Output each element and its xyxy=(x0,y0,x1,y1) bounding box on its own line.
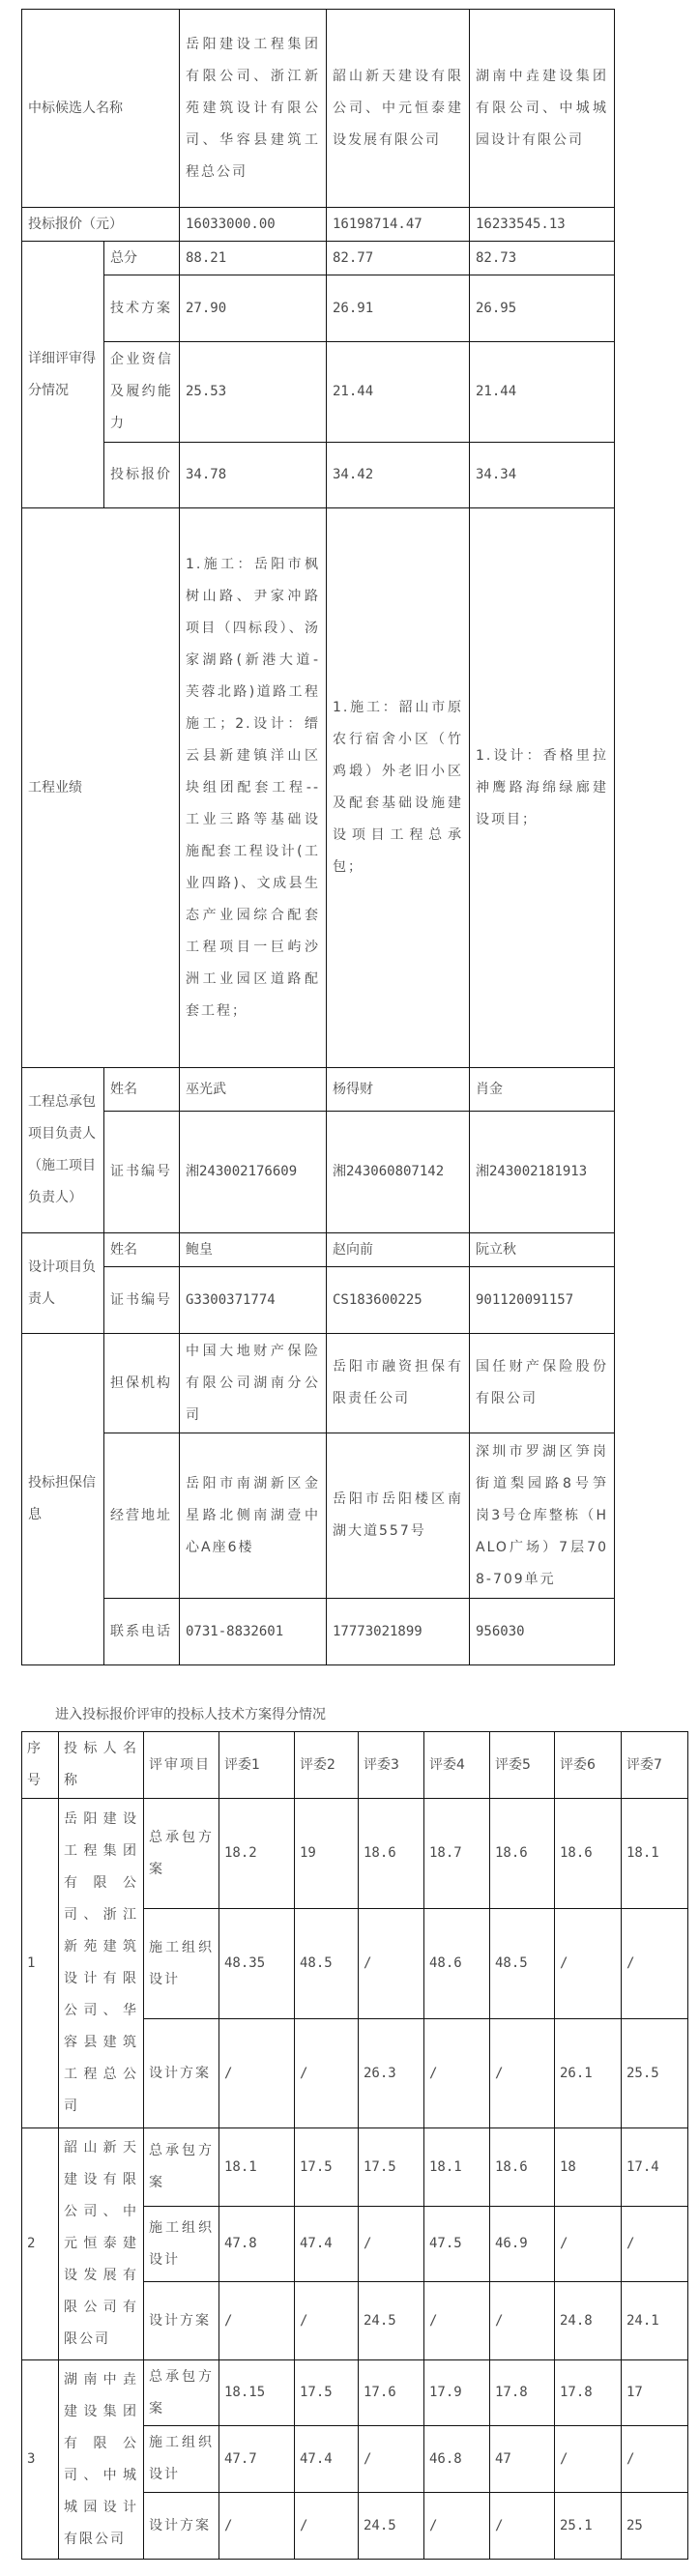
score: 25.5 xyxy=(622,2019,688,2128)
score: / xyxy=(359,2426,424,2493)
score: / xyxy=(555,2426,622,2493)
total-score: 88.21 xyxy=(180,242,327,275)
review-item: 总承包方案 xyxy=(144,2128,219,2207)
score: 47.4 xyxy=(295,2207,359,2282)
design-manager-cert: 901120091157 xyxy=(470,1267,615,1334)
bid-price: 16033000.00 xyxy=(180,208,327,242)
performance-row: 工程业绩 1.施工：岳阳市枫树山路、尹家冲路项目（四标段）、汤家湖路(新港大道-… xyxy=(22,508,615,1068)
seq: 2 xyxy=(22,2128,59,2360)
score: 17.6 xyxy=(359,2360,424,2426)
tech-plan-score: 27.90 xyxy=(180,275,327,342)
row-label: 投标报价（元） xyxy=(22,208,180,242)
score: 46.8 xyxy=(424,2426,490,2493)
epc-manager-cert: 湘243060807142 xyxy=(327,1112,470,1233)
score: 47.7 xyxy=(219,2426,295,2493)
epc-manager-cert: 湘243002176609 xyxy=(180,1112,327,1233)
guarantee-org: 中国大地财产保险有限公司湖南分公司 xyxy=(180,1334,327,1433)
score: / xyxy=(219,2493,295,2560)
sub-label: 企业资信及履约能力 xyxy=(104,342,180,443)
seq: 1 xyxy=(22,1799,59,2128)
score: 25 xyxy=(622,2493,688,2560)
sub-label: 姓名 xyxy=(104,1068,180,1112)
score: 18.1 xyxy=(424,2128,490,2207)
score: / xyxy=(490,2282,555,2360)
header-judge: 评委6 xyxy=(555,1732,622,1799)
header-judge: 评委3 xyxy=(359,1732,424,1799)
score: 24.1 xyxy=(622,2282,688,2360)
performance: 1.设计：香格里拉神鹰路海绵绿廊建设项目； xyxy=(470,508,615,1068)
bidder-name: 岳阳建设工程集团有限公司、浙江新苑建筑设计有限公司、华容县建筑工程总公司 xyxy=(59,1799,144,2128)
review-item: 总承包方案 xyxy=(144,1799,219,1909)
review-item: 总承包方案 xyxy=(144,2360,219,2426)
score: / xyxy=(359,1909,424,2019)
score: / xyxy=(219,2282,295,2360)
row-label: 工程业绩 xyxy=(22,508,180,1068)
design-manager-name: 鲍皇 xyxy=(180,1233,327,1267)
header-bidder: 投标人名称 xyxy=(59,1732,144,1799)
enterprise-credit-row: 企业资信及履约能力 25.53 21.44 21.44 xyxy=(22,342,615,443)
design-manager-name: 赵向前 xyxy=(327,1233,470,1267)
score: 47.8 xyxy=(219,2207,295,2282)
score: / xyxy=(490,2493,555,2560)
enterprise-credit-score: 21.44 xyxy=(470,342,615,443)
bidder-name: 韶山新天建设有限公司、中元恒泰建设发展有限公司有限公司 xyxy=(59,2128,144,2360)
sub-label: 经营地址 xyxy=(104,1433,180,1599)
score: 18.1 xyxy=(622,1799,688,1909)
score: / xyxy=(555,2207,622,2282)
score: 18.6 xyxy=(490,1799,555,1909)
bid-price: 16233545.13 xyxy=(470,208,615,242)
score: 18.7 xyxy=(424,1799,490,1909)
score: 18.6 xyxy=(359,1799,424,1909)
total-score-row: 详细评审得分情况 总分 88.21 82.77 82.73 xyxy=(22,242,615,275)
bid-price-row: 投标报价（元） 16033000.00 16198714.47 16233545… xyxy=(22,208,615,242)
design-manager-name: 阮立秋 xyxy=(470,1233,615,1267)
header-judge: 评委7 xyxy=(622,1732,688,1799)
score: / xyxy=(295,2282,359,2360)
guarantee-org: 国任财产保险股份有限公司 xyxy=(470,1334,615,1433)
table-row: 1 岳阳建设工程集团有限公司、浙江新苑建筑设计有限公司、华容县建筑工程总公司 总… xyxy=(22,1799,688,1909)
score: 47.5 xyxy=(424,2207,490,2282)
score: 19 xyxy=(295,1799,359,1909)
score: / xyxy=(424,2493,490,2560)
business-address: 岳阳市岳阳楼区南湖大道557号 xyxy=(327,1433,470,1599)
score: 18.6 xyxy=(490,2128,555,2207)
candidate-name: 岳阳建设工程集团有限公司、浙江新苑建筑设计有限公司、华容县建筑工程总公司 xyxy=(180,10,327,208)
bid-price-score-row: 投标报价 34.78 34.42 34.34 xyxy=(22,443,615,508)
score: 48.35 xyxy=(219,1909,295,2019)
header-row: 序号 投标人名称 评审项目 评委1 评委2 评委3 评委4 评委5 评委6 评委… xyxy=(22,1732,688,1799)
header-item: 评审项目 xyxy=(144,1732,219,1799)
score: / xyxy=(295,2493,359,2560)
bid-price-score: 34.34 xyxy=(470,443,615,508)
epc-manager-cert: 湘243002181913 xyxy=(470,1112,615,1233)
epc-manager-name: 杨得财 xyxy=(327,1068,470,1112)
business-address: 深圳市罗湖区笋岗街道梨园路8号笋岗3号仓库整栋（HALO广场）7层708-709… xyxy=(470,1433,615,1599)
sub-label: 联系电话 xyxy=(104,1599,180,1665)
score: 17 xyxy=(622,2360,688,2426)
score: 18 xyxy=(555,2128,622,2207)
score: / xyxy=(424,2019,490,2128)
candidate-name: 湖南中垚建设集团有限公司、中城城园设计有限公司 xyxy=(470,10,615,208)
phone: 956030 xyxy=(470,1599,615,1665)
score: / xyxy=(622,2207,688,2282)
performance: 1.施工：岳阳市枫树山路、尹家冲路项目（四标段）、汤家湖路(新港大道-芙蓉北路)… xyxy=(180,508,327,1068)
table-row: 3 湖南中垚建设集团有限公司、中城城园设计有限公司 总承包方案 18.15 17… xyxy=(22,2360,688,2426)
header-judge: 评委1 xyxy=(219,1732,295,1799)
design-manager-cert: G3300371774 xyxy=(180,1267,327,1334)
header-judge: 评委4 xyxy=(424,1732,490,1799)
performance: 1.施工：韶山市原农行宿舍小区（竹鸡塅）外老旧小区及配套基础设施建设项目工程总承… xyxy=(327,508,470,1068)
score: / xyxy=(424,2282,490,2360)
sub-label: 姓名 xyxy=(104,1233,180,1267)
epc-manager-name: 肖金 xyxy=(470,1068,615,1112)
score: 25.1 xyxy=(555,2493,622,2560)
row-label: 中标候选人名称 xyxy=(22,10,180,208)
bid-price-score: 34.42 xyxy=(327,443,470,508)
score: / xyxy=(490,2019,555,2128)
score: 48.5 xyxy=(295,1909,359,2019)
score: 47.4 xyxy=(295,2426,359,2493)
score: / xyxy=(622,2426,688,2493)
row-label: 详细评审得分情况 xyxy=(22,242,104,508)
design-manager-cert-row: 证书编号 G3300371774 CS183600225 90112009115… xyxy=(22,1267,615,1334)
review-item: 设计方案 xyxy=(144,2019,219,2128)
guarantee-org: 岳阳市融资担保有限责任公司 xyxy=(327,1334,470,1433)
total-score: 82.77 xyxy=(327,242,470,275)
score: / xyxy=(555,1909,622,2019)
row-label: 设计项目负责人 xyxy=(22,1233,104,1334)
sub-label: 投标报价 xyxy=(104,443,180,508)
score: 17.5 xyxy=(295,2360,359,2426)
guarantee-org-row: 投标担保信息 担保机构 中国大地财产保险有限公司湖南分公司 岳阳市融资担保有限责… xyxy=(22,1334,615,1433)
design-manager-name-row: 设计项目负责人 姓名 鲍皇 赵向前 阮立秋 xyxy=(22,1233,615,1267)
phone: 0731-8832601 xyxy=(180,1599,327,1665)
score: 48.6 xyxy=(424,1909,490,2019)
score: / xyxy=(359,2207,424,2282)
score: 26.3 xyxy=(359,2019,424,2128)
epc-manager-name-row: 工程总承包项目负责人（施工项目负责人） 姓名 巫光武 杨得财 肖金 xyxy=(22,1068,615,1112)
sub-label: 总分 xyxy=(104,242,180,275)
review-item: 施工组织设计 xyxy=(144,1909,219,2019)
score: / xyxy=(295,2019,359,2128)
score: / xyxy=(622,1909,688,2019)
score: 24.8 xyxy=(555,2282,622,2360)
score: 17.9 xyxy=(424,2360,490,2426)
score: 17.5 xyxy=(295,2128,359,2207)
review-item: 设计方案 xyxy=(144,2282,219,2360)
score: 48.5 xyxy=(490,1909,555,2019)
candidate-name: 韶山新天建设有限公司、中元恒泰建设发展有限公司 xyxy=(327,10,470,208)
tech-plan-row: 技术方案 27.90 26.91 26.95 xyxy=(22,275,615,342)
phone-row: 联系电话 0731-8832601 17773021899 956030 xyxy=(22,1599,615,1665)
sub-label: 担保机构 xyxy=(104,1334,180,1433)
header-seq: 序号 xyxy=(22,1732,59,1799)
score: 24.5 xyxy=(359,2493,424,2560)
score: 26.1 xyxy=(555,2019,622,2128)
score: 18.2 xyxy=(219,1799,295,1909)
tech-scores-table: 序号 投标人名称 评审项目 评委1 评委2 评委3 评委4 评委5 评委6 评委… xyxy=(21,1731,688,2560)
design-manager-cert: CS183600225 xyxy=(327,1267,470,1334)
sub-label: 证书编号 xyxy=(104,1267,180,1334)
review-item: 施工组织设计 xyxy=(144,2426,219,2493)
score: / xyxy=(219,2019,295,2128)
sub-label: 证书编号 xyxy=(104,1112,180,1233)
score: 17.8 xyxy=(490,2360,555,2426)
table-row: 2 韶山新天建设有限公司、中元恒泰建设发展有限公司有限公司 总承包方案 18.1… xyxy=(22,2128,688,2207)
bid-price: 16198714.47 xyxy=(327,208,470,242)
enterprise-credit-score: 21.44 xyxy=(327,342,470,443)
section-heading: 进入投标报价评审的投标人技术方案得分情况 xyxy=(55,1704,326,1723)
score: 18.15 xyxy=(219,2360,295,2426)
business-address: 岳阳市南湖新区金星路北侧南湖壹中心A座6楼 xyxy=(180,1433,327,1599)
row-label: 投标担保信息 xyxy=(22,1334,104,1665)
score: 24.5 xyxy=(359,2282,424,2360)
row-label: 工程总承包项目负责人（施工项目负责人） xyxy=(22,1068,104,1233)
header-judge: 评委5 xyxy=(490,1732,555,1799)
score: 18.6 xyxy=(555,1799,622,1909)
review-item: 施工组织设计 xyxy=(144,2207,219,2282)
bidder-name: 湖南中垚建设集团有限公司、中城城园设计有限公司 xyxy=(59,2360,144,2560)
tech-plan-score: 26.95 xyxy=(470,275,615,342)
score: 18.1 xyxy=(219,2128,295,2207)
sub-label: 技术方案 xyxy=(104,275,180,342)
seq: 3 xyxy=(22,2360,59,2560)
candidates-table: 中标候选人名称 岳阳建设工程集团有限公司、浙江新苑建筑设计有限公司、华容县建筑工… xyxy=(21,9,615,1665)
score: 17.4 xyxy=(622,2128,688,2207)
epc-manager-cert-row: 证书编号 湘243002176609 湘243060807142 湘243002… xyxy=(22,1112,615,1233)
tech-plan-score: 26.91 xyxy=(327,275,470,342)
score: 17.8 xyxy=(555,2360,622,2426)
score: 46.9 xyxy=(490,2207,555,2282)
phone: 17773021899 xyxy=(327,1599,470,1665)
score: 17.5 xyxy=(359,2128,424,2207)
score: 47 xyxy=(490,2426,555,2493)
business-address-row: 经营地址 岳阳市南湖新区金星路北侧南湖壹中心A座6楼 岳阳市岳阳楼区南湖大道55… xyxy=(22,1433,615,1599)
bid-price-score: 34.78 xyxy=(180,443,327,508)
enterprise-credit-score: 25.53 xyxy=(180,342,327,443)
review-item: 设计方案 xyxy=(144,2493,219,2560)
candidate-name-row: 中标候选人名称 岳阳建设工程集团有限公司、浙江新苑建筑设计有限公司、华容县建筑工… xyxy=(22,10,615,208)
epc-manager-name: 巫光武 xyxy=(180,1068,327,1112)
header-judge: 评委2 xyxy=(295,1732,359,1799)
total-score: 82.73 xyxy=(470,242,615,275)
